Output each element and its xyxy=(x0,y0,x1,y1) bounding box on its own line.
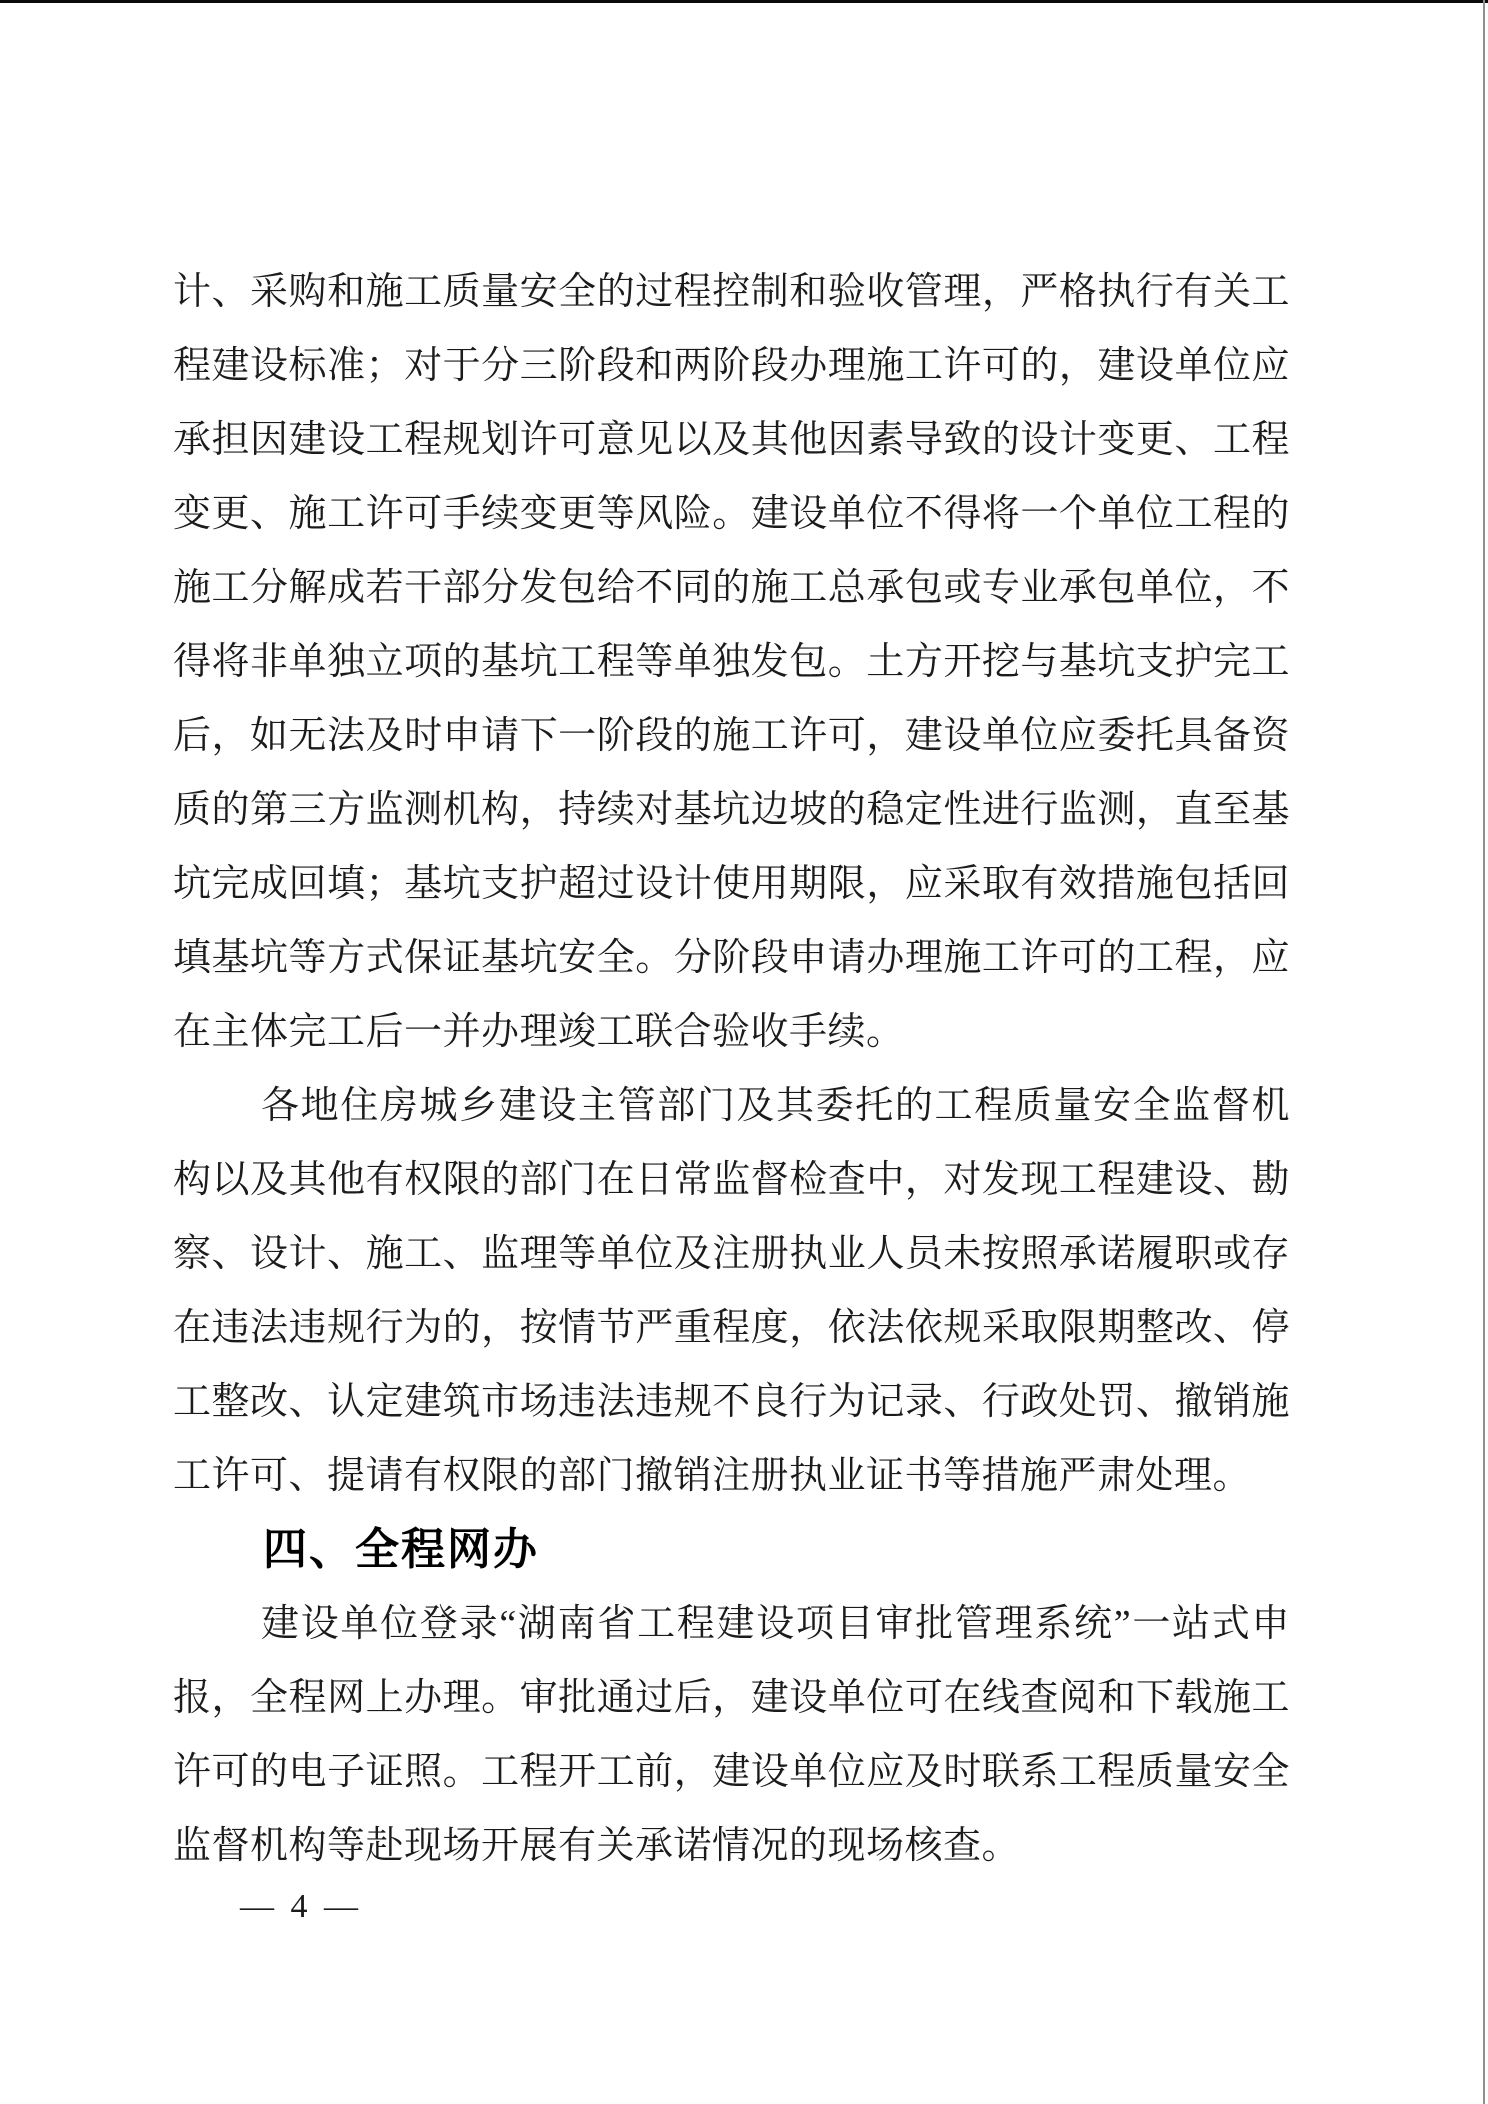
document-line: 质的第三方监测机构，持续对基坑边坡的稳定性进行监测，直至基 xyxy=(173,773,1290,847)
document-line paragraph-end: 在主体完工后一并办理竣工联合验收手续。 xyxy=(173,995,1290,1069)
document-line: 程建设标准；对于分三阶段和两阶段办理施工许可的，建设单位应 xyxy=(173,329,1290,403)
document-line paragraph-end: 工许可、提请有权限的部门撤销注册执业证书等措施严肃处理。 xyxy=(173,1439,1290,1513)
page-right-edge xyxy=(1483,0,1485,2104)
page-number: — 4 — xyxy=(240,1888,362,1926)
document-line paragraph-start: 各地住房城乡建设主管部门及其委托的工程质量安全监督机 xyxy=(173,1069,1290,1143)
document-line: 施工分解成若干部分发包给不同的施工总承包或专业承包单位，不 xyxy=(173,551,1290,625)
document-line paragraph-end: 监督机构等赴现场开展有关承诺情况的现场核查。 xyxy=(173,1809,1290,1883)
section-heading: 四、全程网办 xyxy=(173,1513,1290,1587)
document-line: 报，全程网上办理。审批通过后，建设单位可在线查阅和下载施工 xyxy=(173,1661,1290,1735)
document-line: 承担因建设工程规划许可意见以及其他因素导致的设计变更、工程 xyxy=(173,403,1290,477)
document-line: 后，如无法及时申请下一阶段的施工许可，建设单位应委托具备资 xyxy=(173,699,1290,773)
document-line: 变更、施工许可手续变更等风险。建设单位不得将一个单位工程的 xyxy=(173,477,1290,551)
document-line paragraph-start: 建设单位登录“湖南省工程建设项目审批管理系统”一站式申 xyxy=(173,1587,1290,1661)
document-line: 在违法违规行为的，按情节严重程度，依法依规采取限期整改、停 xyxy=(173,1291,1290,1365)
document-line: 构以及其他有权限的部门在日常监督检查中，对发现工程建设、勘 xyxy=(173,1143,1290,1217)
document-line: 坑完成回填；基坑支护超过设计使用期限，应采取有效措施包括回 xyxy=(173,847,1290,921)
page-top-border xyxy=(0,0,1488,3)
document-page: 计、采购和施工质量安全的过程控制和验收管理，严格执行有关工 程建设标准；对于分三… xyxy=(0,0,1488,2104)
document-line: 得将非单独立项的基坑工程等单独发包。土方开挖与基坑支护完工 xyxy=(173,625,1290,699)
document-line: 工整改、认定建筑市场违法违规不良行为记录、行政处罚、撤销施 xyxy=(173,1365,1290,1439)
document-line: 填基坑等方式保证基坑安全。分阶段申请办理施工许可的工程，应 xyxy=(173,921,1290,995)
document-line: 许可的电子证照。工程开工前，建设单位应及时联系工程质量安全 xyxy=(173,1735,1290,1809)
document-line: 计、采购和施工质量安全的过程控制和验收管理，严格执行有关工 xyxy=(173,255,1290,329)
document-text-block: 计、采购和施工质量安全的过程控制和验收管理，严格执行有关工 程建设标准；对于分三… xyxy=(173,255,1290,1883)
document-line: 察、设计、施工、监理等单位及注册执业人员未按照承诺履职或存 xyxy=(173,1217,1290,1291)
